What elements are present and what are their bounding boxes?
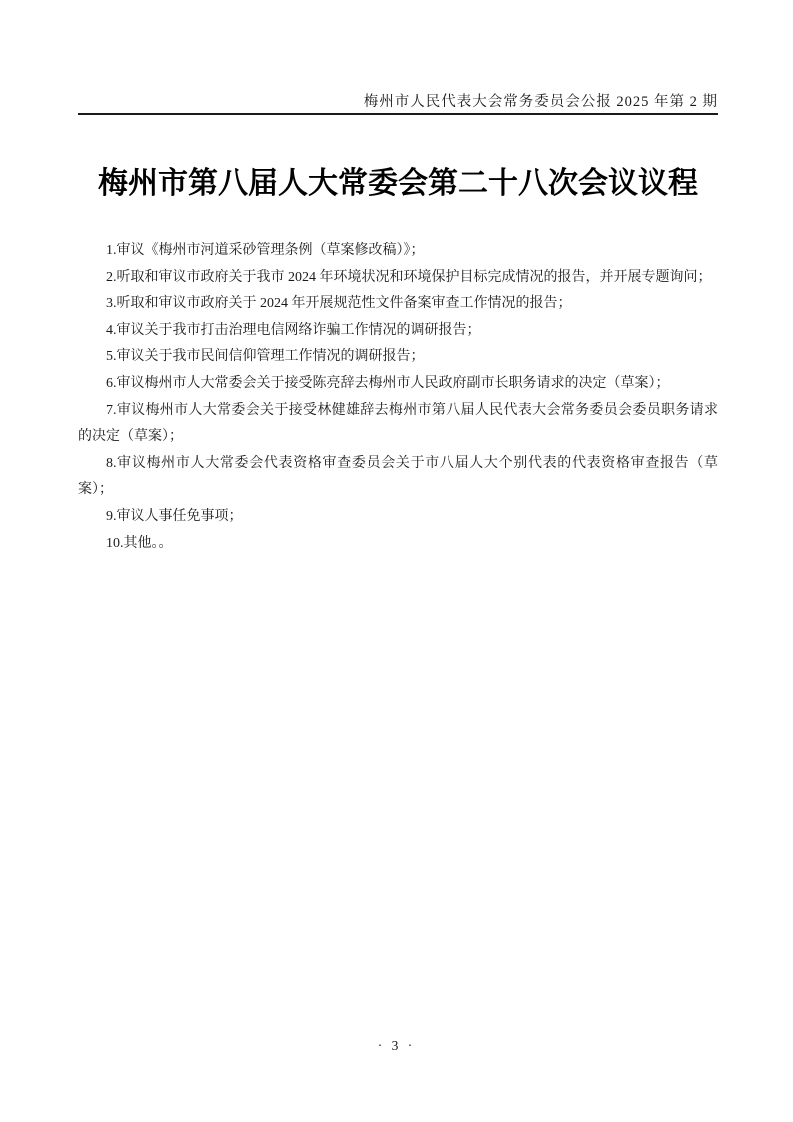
page-number: · 3 · xyxy=(0,1038,793,1054)
agenda-item-6: 6.审议梅州市人大常委会关于接受陈亮辞去梅州市人民政府副市长职务请求的决定（草案… xyxy=(78,371,718,398)
agenda-list: 1.审议《梅州市河道采砂管理条例（草案修改稿）》； 2.听取和审议市政府关于我市… xyxy=(78,238,718,557)
bulletin-header: 梅州市人民代表大会常务委员会公报 2025 年第 2 期 xyxy=(78,90,718,111)
header-rule-divider xyxy=(78,113,718,115)
agenda-item-10: 10.其他。。 xyxy=(78,531,718,558)
agenda-item-9: 9.审议人事任免事项； xyxy=(78,504,718,531)
bulletin-page: 梅州市人民代表大会常务委员会公报 2025 年第 2 期 梅州市第八届人大常委会… xyxy=(0,0,793,1122)
page-title: 梅州市第八届人大常委会第二十八次会议议程 xyxy=(78,163,718,205)
agenda-item-8: 8.审议梅州市人大常委会代表资格审查委员会关于市八届人大个别代表的代表资格审查报… xyxy=(78,451,718,504)
agenda-item-1: 1.审议《梅州市河道采砂管理条例（草案修改稿）》； xyxy=(78,238,718,265)
agenda-item-3: 3.听取和审议市政府关于 2024 年开展规范性文件备案审查工作情况的报告； xyxy=(78,291,718,318)
agenda-item-2: 2.听取和审议市政府关于我市 2024 年环境状况和环境保护目标完成情况的报告，… xyxy=(78,265,718,292)
agenda-item-5: 5.审议关于我市民间信仰管理工作情况的调研报告； xyxy=(78,344,718,371)
agenda-item-7: 7.审议梅州市人大常委会关于接受林健雄辞去梅州市第八届人民代表大会常务委员会委员… xyxy=(78,398,718,451)
agenda-item-4: 4.审议关于我市打击治理电信网络诈骗工作情况的调研报告； xyxy=(78,318,718,345)
